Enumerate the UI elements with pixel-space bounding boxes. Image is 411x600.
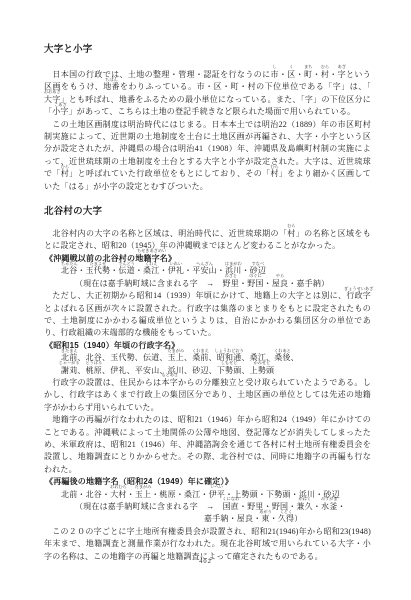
furigana: おおむら: [110, 485, 127, 489]
ruby-annotated-text: 区く: [287, 69, 295, 81]
text-run: ・: [295, 70, 304, 79]
paragraph-gyosei-aza: ただし、大正初期から昭和14（1939）年頃にかけて、地籍上の大字とは別に、行政…: [44, 290, 371, 340]
text-run: 行政字の設置は、住民からは: [44, 378, 162, 387]
furigana: ぎょうせいあざ: [344, 287, 373, 291]
ruby-annotated-text: 北谷ちゃたん: [61, 265, 77, 277]
furigana: ちせきあざめい: [137, 249, 166, 253]
ruby-annotated-text: 玉上たまがみ: [135, 489, 151, 501]
ruby-annotated-text: 桃原とうばる: [86, 365, 102, 377]
text-run: ・: [264, 279, 272, 288]
ruby-annotated-text: 久得くどく: [278, 513, 294, 525]
ruby-annotated-text: 屋良やら: [272, 278, 288, 290]
ruby-annotated-text: 村むら: [321, 69, 329, 81]
text-run: 、: [291, 353, 299, 362]
text-run: 日本国の行政では、土地の整理・管理・認証を行なうのに: [44, 70, 270, 79]
text-run: ・: [329, 70, 338, 79]
furigana: のぐに: [249, 274, 262, 278]
page-content: 大字と小字 日本国の行政では、土地の整理・管理・認証を行なうのに市し・区く・町ま…: [44, 44, 371, 563]
ruby-annotated-text: 平安山へんざん: [192, 265, 217, 277]
furigana: はまがわ: [225, 262, 242, 266]
furigana: もとあざ: [161, 373, 178, 377]
list-title-postwar-aza: 《再編後の地籍字名（昭和24（1949）年に確定）》: [45, 476, 371, 488]
ruby-annotated-text: 行政字ぎょうせいあざ: [346, 290, 371, 302]
furigana: し: [272, 65, 276, 69]
ruby-annotated-text: 伝道でんどう: [118, 265, 134, 277]
furigana: のざと: [225, 274, 238, 278]
furigana: くわあと: [274, 349, 291, 353]
list-line-postwar-kadena-2: 嘉手納・屋良・東あがり・久得くどく）: [204, 513, 371, 525]
furigana: むら: [270, 165, 278, 169]
text-run: ・: [312, 70, 321, 79]
text-run: ただし、大正初期から昭和14（1939）年頃にかけて、地籍上の大字とは別に、: [44, 291, 346, 300]
list-line-postwar-kadena-1: （現在は嘉手納町域に含まれる字 → 国直くになお・野里・野国・兼久かねく・水釜み…: [75, 501, 371, 513]
ruby-annotated-text: 東あがり: [261, 513, 269, 525]
ruby-annotated-text: 玉代勢たまよせ: [86, 265, 111, 277]
ruby-annotated-text: 村むら: [61, 168, 69, 180]
paragraph-postwar-survey: 地籍字の再編が行なわれたのは、昭和21（1946）年から昭和24（1949）年に…: [44, 414, 371, 476]
text-run: 地籍字の再編が行なわれたのは、昭和21（1946）年から昭和24（1949）年に…: [44, 415, 371, 474]
text-run: 嘉手納・屋良・: [204, 514, 261, 523]
text-run: 、: [209, 353, 217, 362]
paragraph-chatan-names: 北谷村内の大字の名称と区域は、明治時代に、近世琉球期の「村むら」の名称と区域をも…: [44, 228, 371, 253]
text-run: ・: [239, 279, 247, 288]
ruby-annotated-text: 小字こあざ: [52, 106, 68, 118]
ruby-annotated-text: 本字もとあざ: [162, 377, 178, 389]
furigana: かみせど: [254, 361, 271, 365]
text-run: ・: [337, 502, 345, 511]
furigana: とうばる: [85, 361, 102, 365]
furigana: むら: [287, 224, 295, 228]
ruby-annotated-text: 野国のぐに: [247, 278, 263, 290]
section-heading-chatan-oaza: 北谷村の大字: [44, 206, 371, 217]
text-run: ・: [159, 266, 167, 275]
ruby-annotated-text: 玉上たまがみ: [168, 352, 184, 364]
furigana: でんどう: [118, 262, 135, 266]
furigana: きたまえ: [61, 349, 78, 353]
text-run: ・嘉手納）: [288, 279, 329, 288]
text-run: 、伊礼、平安山、浜川、砂辺、: [102, 366, 217, 375]
ruby-annotated-text: 町まち: [304, 69, 312, 81]
furigana: ちばん: [105, 78, 118, 82]
text-run: ・: [110, 266, 118, 275]
ruby-annotated-text: 桑前くわまえ: [192, 352, 208, 364]
ruby-annotated-text: 村むら: [271, 168, 279, 180]
paragraph-meiji-system: この土地区画制度は明治時代にはじまる。日本本土では明治22（1889）年の市区町…: [44, 119, 371, 193]
ruby-annotated-text: 野里のざと: [223, 278, 239, 290]
list-line-prewar-aza: 北谷ちゃたん・玉代勢たまよせ・伝道でんどう・桑江くわえ・伊礼いれい・平安山へんざ…: [61, 265, 371, 277]
text-run: 」があって、こちらは土地の登記手続きなど限られた場面で用いられている。: [69, 107, 356, 116]
furigana: おおあざ: [44, 90, 61, 94]
furigana: やら: [276, 274, 284, 278]
text-run: 北前・北谷・: [61, 490, 110, 499]
furigana: くになお: [222, 497, 239, 501]
paragraph-gyosei-aza-note: 行政字の設置は、住民からは本字もとあざからの分離独立と受け取られていたようである…: [44, 377, 371, 414]
ruby-annotated-text: 謝苅じゃーがる: [61, 365, 77, 377]
furigana: あがり: [259, 510, 272, 514]
furigana: すなべ: [252, 262, 265, 266]
text-run: ・: [135, 266, 143, 275]
text-run: ・桃原・桑江・: [151, 490, 208, 499]
text-run: 」と呼ばれていた行政単位をもとにしており、その「: [69, 169, 271, 178]
ruby-annotated-text: 国直くになお: [223, 501, 239, 513]
furigana: へんざん: [196, 262, 213, 266]
furigana: しもせど: [221, 361, 238, 365]
text-run: とよばれる区画が次々に設置された。行政字は集落のまとまりをもとに設定されたもので…: [44, 304, 371, 338]
text-run: 、: [184, 353, 192, 362]
ruby-annotated-text: 桑後くわあと: [274, 352, 290, 364]
text-run: 北谷村内の大字の名称と区域は、明治時代に、近世琉球期の「: [44, 229, 287, 238]
furigana: くわえ: [145, 262, 158, 266]
paragraph-intro-admin: 日本国の行政では、土地の整理・管理・認証を行なうのに市し・区く・町まち・村むら・…: [44, 69, 371, 119]
furigana: まち: [304, 65, 312, 69]
text-run: 、: [241, 366, 249, 375]
ruby-annotated-text: 桑江くわえ: [143, 265, 159, 277]
ruby-annotated-text: 伊礼いれい: [168, 265, 184, 277]
list-line-showa15-aza-1: 北前きたまえ、北谷、玉代勢、伝道、玉上たまがみ、桑前くわまえ、昭和通しょうわどお…: [61, 352, 371, 364]
furigana: たまよせ: [90, 262, 107, 266]
list-line-prewar-kadena: （現在は嘉手納町域に含まれる字 → 野里のざと・野国のぐに・屋良やら・嘉手納）: [75, 278, 371, 290]
ruby-annotated-text: 字あざ: [338, 69, 346, 81]
text-run: ・: [77, 266, 85, 275]
text-run: 北谷村の大字: [44, 206, 102, 217]
ruby-annotated-text: 上勢頭かみせど: [250, 365, 275, 377]
furigana: いへい: [211, 485, 224, 489]
text-run: ・: [270, 514, 278, 523]
text-run: この２０の字ごとに字土地所有権委員会が設置され、昭和21(1946)年から昭和2…: [44, 527, 371, 561]
text-run: ・: [184, 266, 192, 275]
list-line-showa15-aza-2: 謝苅じゃーがる、桃原とうばる、伊礼、平安山、浜川、砂辺、下勢頭しもせど、上勢頭か…: [61, 365, 371, 377]
ruby-annotated-text: 市し: [270, 69, 278, 81]
furigana: じゃーがる: [59, 361, 80, 365]
furigana: しょうわどおり: [214, 349, 243, 353]
furigana: くわまえ: [192, 349, 209, 353]
ruby-annotated-text: 地番ちばん: [103, 81, 119, 93]
furigana: むら: [321, 65, 329, 69]
furigana: たまがみ: [167, 349, 184, 353]
ruby-annotated-text: 大村おおむら: [110, 489, 126, 501]
furigana: いれい: [170, 262, 183, 266]
text-run: 大字と小字: [44, 44, 93, 55]
furigana: あざ: [338, 65, 346, 69]
text-run: 、: [77, 366, 85, 375]
section-heading-oaza-koaza: 大字と小字: [44, 44, 371, 55]
furigana: かねく: [298, 497, 311, 501]
text-run: ・: [313, 502, 321, 511]
text-run: をわりふっている。市・区・町・村の下位単位である「字」は、「: [120, 82, 371, 91]
text-run: ・: [127, 490, 135, 499]
furigana: むら: [61, 165, 69, 169]
ruby-annotated-text: 水釜みずがま: [321, 501, 337, 513]
ruby-annotated-text: 兼久かねく: [296, 501, 312, 513]
text-run: ）: [294, 514, 302, 523]
furigana: みずがま: [321, 497, 338, 501]
furigana: こあざ: [54, 103, 67, 107]
furigana: くどく: [280, 510, 293, 514]
furigana: ちゃたん: [61, 262, 78, 266]
ruby-annotated-text: 下勢頭しもせど: [217, 365, 242, 377]
document-page: 大字と小字 日本国の行政では、土地の整理・管理・認証を行なうのに市し・区く・町ま…: [0, 0, 411, 600]
text-run: （現在は嘉手納町域に含まれる字 →: [75, 502, 223, 511]
furigana: く: [289, 65, 293, 69]
furigana: たまがみ: [135, 485, 152, 489]
ruby-annotated-text: 村むら: [287, 228, 295, 240]
text-run: ・: [279, 70, 288, 79]
page-number: 402: [0, 558, 411, 565]
text-run: （現在は嘉手納町域に含まれる字 →: [75, 279, 223, 288]
